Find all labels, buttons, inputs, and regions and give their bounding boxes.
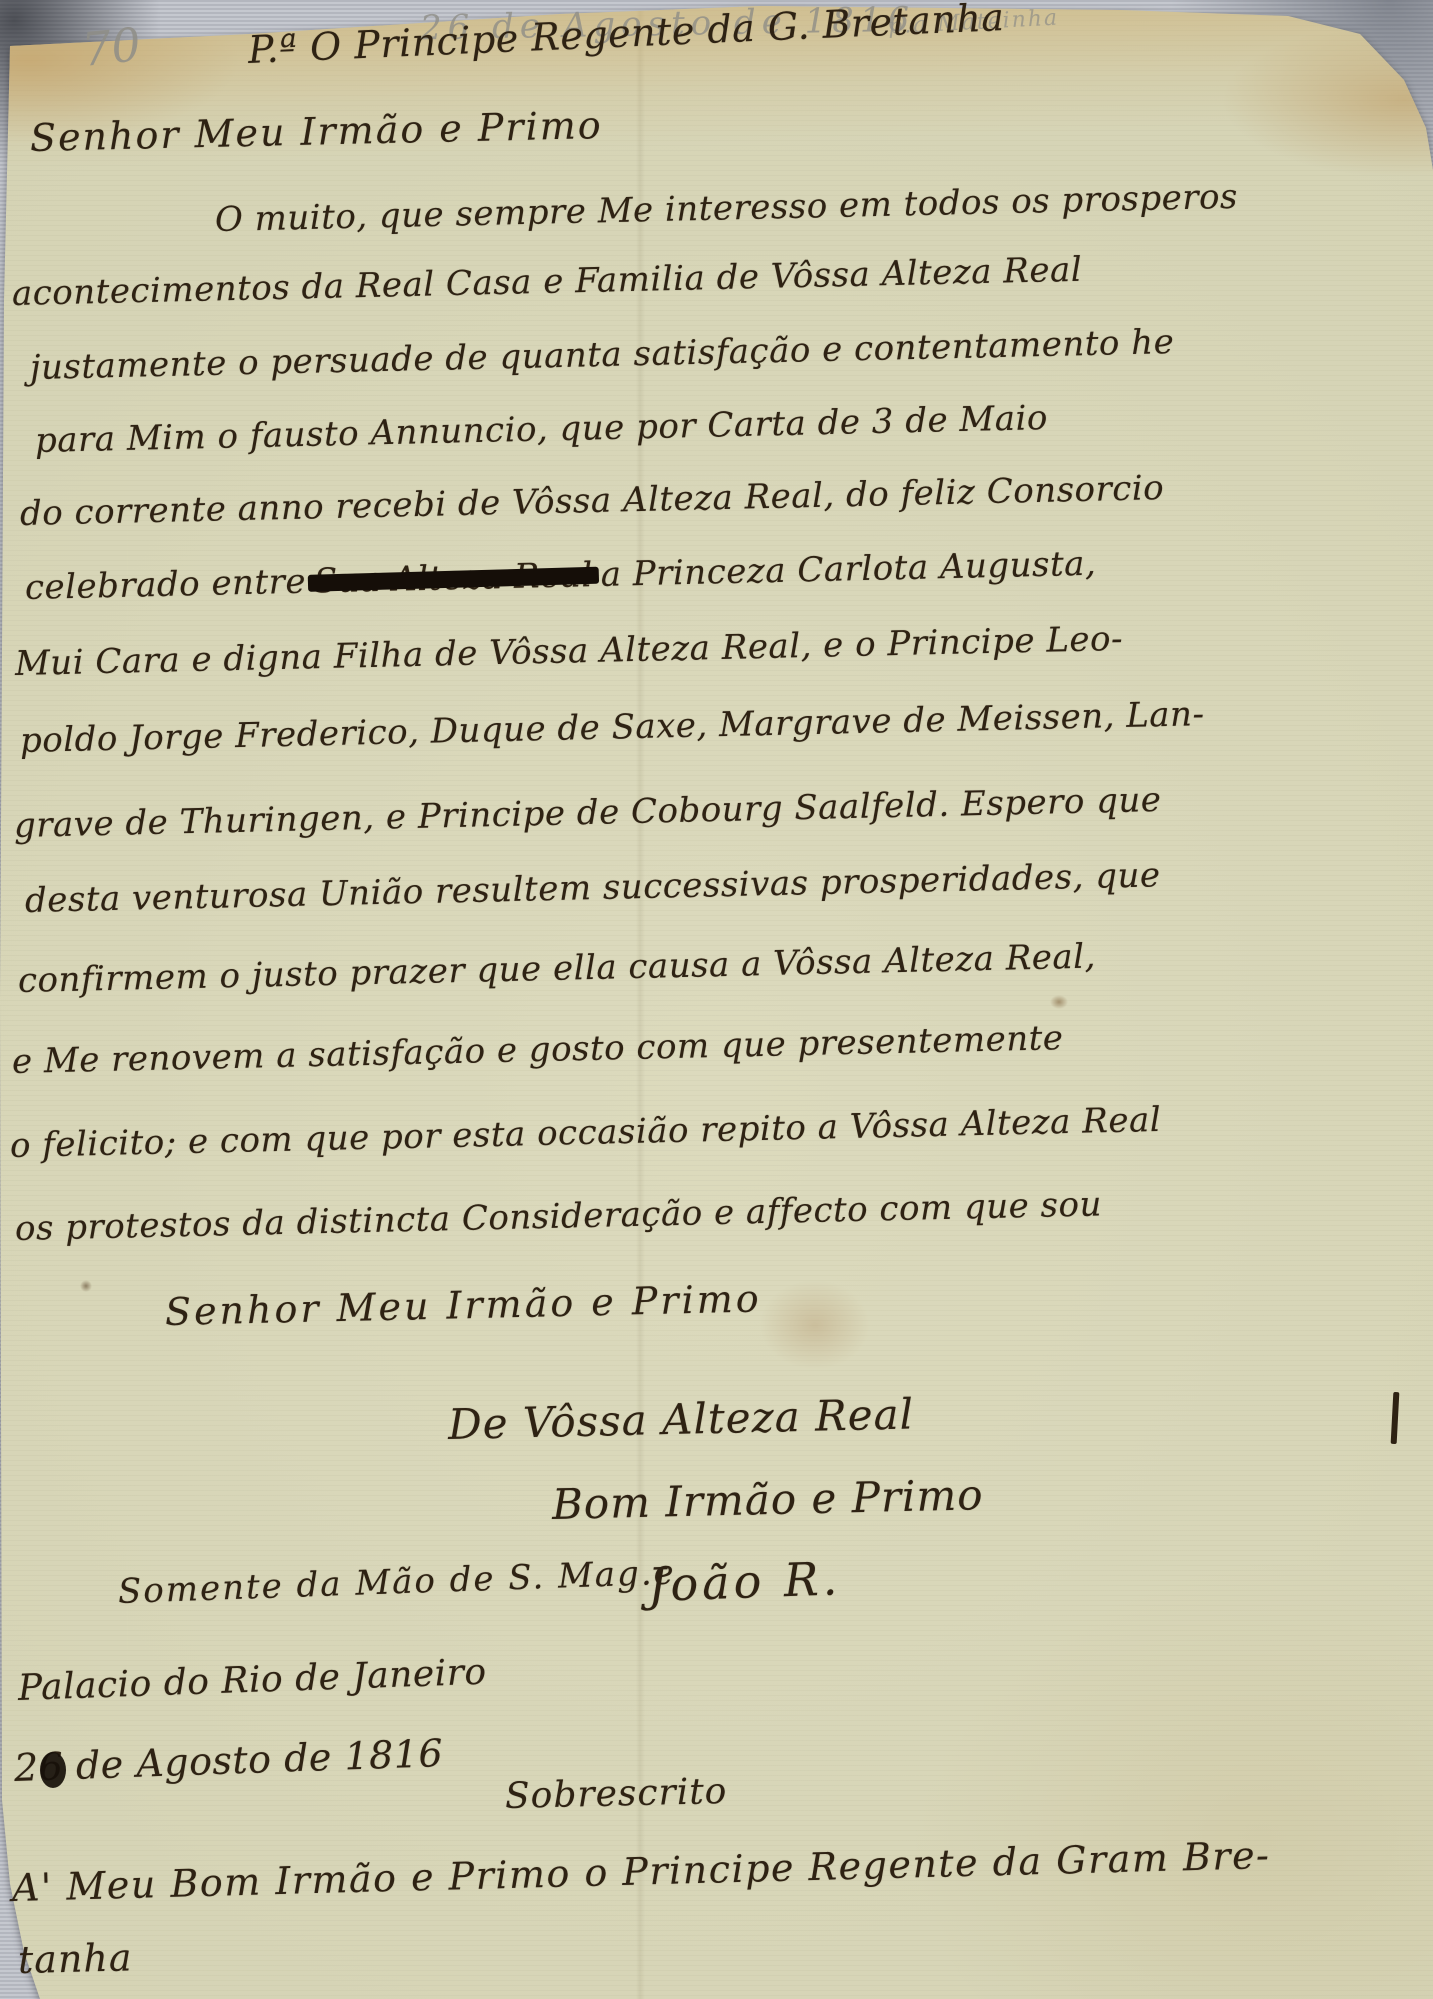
signature: João R. xyxy=(647,1551,842,1612)
archival-number: 70 xyxy=(79,17,143,77)
body-line-pre: celebrado entre xyxy=(25,562,307,608)
valediction-line-2: Bom Irmão e Primo xyxy=(551,1470,984,1529)
ink-blot-on-date xyxy=(40,1752,66,1788)
struck-text: Sua Alteza Real xyxy=(314,555,594,601)
address-line-2: tanha xyxy=(18,1935,134,1982)
address-label: Sobrescrito xyxy=(505,1771,728,1817)
manuscript-page: 26 de Agosto de 1816 70 p.a Mateinha P.ª… xyxy=(0,0,1433,1999)
